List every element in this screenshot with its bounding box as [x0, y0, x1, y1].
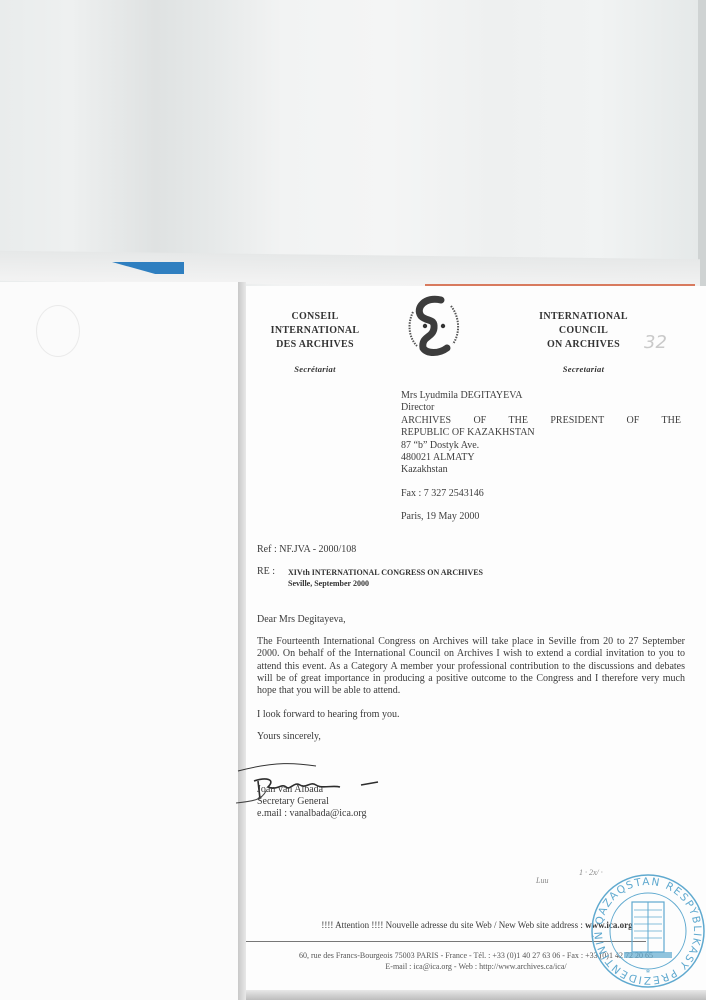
recipient-title: Director: [401, 402, 681, 414]
letter-date: Paris, 19 May 2000: [401, 511, 681, 523]
binding-spine: [238, 282, 246, 1000]
salutation: Dear Mrs Degitayeva,: [257, 614, 346, 625]
secretariat-en: Secretariat: [516, 362, 651, 376]
recipient-address-block: Mrs Lyudmila DEGITAYEVA Director ARCHIVE…: [401, 390, 681, 524]
re-label: RE :: [257, 566, 275, 577]
body-paragraph: The Fourteenth International Congress on…: [257, 636, 685, 697]
recipient-city: 480021 ALMATY: [401, 452, 681, 464]
left-facing-page: [0, 282, 240, 1000]
header-english-org: INTERNATIONAL COUNCIL ON ARCHIVES Secret…: [516, 310, 651, 376]
website-notice-text: !!!! Attention !!!! Nouvelle adresse du …: [321, 920, 585, 930]
signer-name: Joan van Albada: [257, 784, 367, 796]
footer-divider: [246, 941, 646, 942]
header-french-org: CONSEIL INTERNATIONAL DES ARCHIVES Secré…: [250, 310, 380, 376]
svg-text:*: *: [646, 968, 651, 978]
subject-block: XIVth INTERNATIONAL CONGRESS ON ARCHIVES…: [288, 567, 483, 589]
signer-email: e.mail : vanalbada@ica.org: [257, 808, 367, 820]
scanner-background: [0, 0, 706, 290]
recipient-org-line1: ARCHIVES OF THE PRESIDENT OF THE: [401, 415, 681, 427]
page-bottom-shadow: [246, 990, 706, 1000]
ica-logo-icon: [401, 292, 467, 358]
subject-line1: XIVth INTERNATIONAL CONGRESS ON ARCHIVES: [288, 567, 483, 578]
reference-number: Ref : NF.JVA - 2000/108: [257, 544, 356, 555]
org-name-en-line1: INTERNATIONAL COUNCIL: [516, 310, 651, 338]
signer-block: Joan van Albada Secretary General e.mail…: [257, 784, 367, 820]
org-name-en-line2: ON ARCHIVES: [516, 338, 651, 352]
recipient-org-line2: REPUBLIC OF KAZAKHSTAN: [401, 427, 681, 439]
subject-line2: Seville, September 2000: [288, 578, 483, 589]
handwritten-folio-number: 32: [644, 332, 667, 353]
recipient-street: 87 “b” Dostyk Ave.: [401, 440, 681, 452]
recipient-name: Mrs Lyudmila DEGITAYEVA: [401, 390, 681, 402]
recipient-fax: Fax : 7 327 2543146: [401, 488, 681, 500]
org-name-fr-line2: DES ARCHIVES: [250, 338, 380, 352]
handwritten-initials: Luu: [536, 876, 548, 885]
archive-stamp-icon: QAZAQSTAN RESPÝBLIKASY PREZIDENTINIŃ ARH…: [590, 872, 706, 990]
org-name-fr-line1: CONSEIL INTERNATIONAL: [250, 310, 380, 338]
recipient-country: Kazakhstan: [401, 464, 681, 476]
closing-line: I look forward to hearing from you.: [257, 709, 399, 720]
signer-title: Secretary General: [257, 796, 367, 808]
faint-bleedthrough-logo: [36, 305, 80, 357]
secretariat-fr: Secrétariat: [250, 362, 380, 376]
